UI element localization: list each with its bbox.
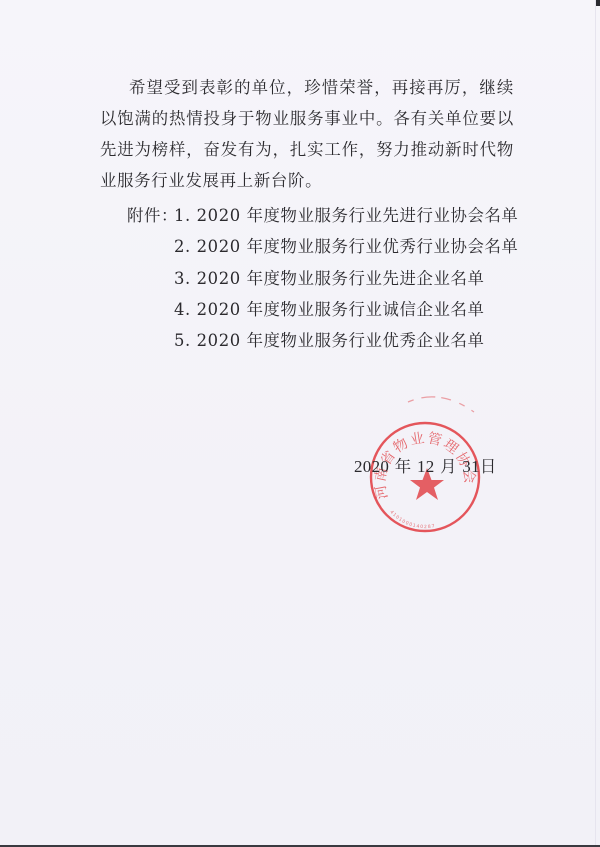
attachment-row: 5. 2020 年度物业服务行业优秀企业名单 xyxy=(127,325,518,356)
attachments-label-spacer xyxy=(127,231,174,262)
scan-corner-mark xyxy=(596,0,600,6)
attachments-label-spacer xyxy=(127,294,174,325)
body-paragraph: 希望受到表彰的单位，珍惜荣誉，再接再厉，继续以饱满的热情投身于物业服务事业中。各… xyxy=(100,72,514,196)
date-day-unit: 日 xyxy=(480,457,497,476)
attachments-label-spacer xyxy=(127,325,174,356)
svg-text:4101000140287: 4101000140287 xyxy=(388,509,436,530)
attachment-item: 5. 2020 年度物业服务行业优秀企业名单 xyxy=(174,325,484,356)
date-year: 2020 xyxy=(354,457,389,476)
attachments-list: 附件： 1. 2020 年度物业服务行业先进行业协会名单 2. 2020 年度物… xyxy=(127,200,518,356)
attachments-label: 附件： xyxy=(127,200,174,231)
attachment-row: 4. 2020 年度物业服务行业诚信企业名单 xyxy=(127,294,518,325)
page-edge-right xyxy=(595,0,596,847)
date-day: 31 xyxy=(462,457,480,476)
signature-date: 2020 年 12 月 31日 xyxy=(354,455,497,479)
date-month: 12 xyxy=(417,457,435,476)
seal-serial-number: 4101000140287 xyxy=(388,509,436,530)
attachment-row: 附件： 1. 2020 年度物业服务行业先进行业协会名单 xyxy=(127,200,518,231)
attachment-row: 3. 2020 年度物业服务行业先进企业名单 xyxy=(127,263,518,294)
date-month-unit: 月 xyxy=(440,457,457,476)
attachment-item: 3. 2020 年度物业服务行业先进企业名单 xyxy=(174,263,484,294)
attachment-item: 1. 2020 年度物业服务行业先进行业协会名单 xyxy=(174,200,518,231)
attachment-item: 4. 2020 年度物业服务行业诚信企业名单 xyxy=(174,294,484,325)
document-page: 希望受到表彰的单位，珍惜荣誉，再接再厉，继续以饱满的热情投身于物业服务事业中。各… xyxy=(0,0,600,847)
attachments-label-spacer xyxy=(127,263,174,294)
date-year-unit: 年 xyxy=(395,457,412,476)
attachment-row: 2. 2020 年度物业服务行业优秀行业协会名单 xyxy=(127,231,518,262)
attachment-item: 2. 2020 年度物业服务行业优秀行业协会名单 xyxy=(174,231,518,262)
seal-bleed-arc xyxy=(400,390,480,420)
